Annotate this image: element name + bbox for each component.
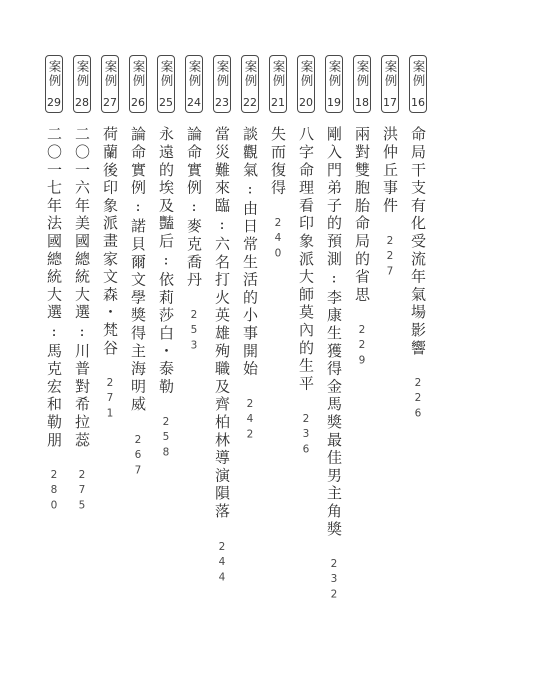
case-number: 28 <box>75 97 89 109</box>
toc-entry: 案例 21 失而復得240 <box>264 55 292 685</box>
entry-text: 論命實例:諾貝爾文學獎得主海明威267 <box>124 126 152 479</box>
entry-title: 命局干支有化受流年氣場影響 <box>409 126 427 357</box>
entry-title: 八字命理看印象派大師莫內的生平 <box>297 126 315 393</box>
entry-page-number: 232 <box>328 558 340 604</box>
case-number: 24 <box>187 97 201 109</box>
case-number: 21 <box>271 97 285 109</box>
toc-entry: 案例 26 論命實例:諾貝爾文學獎得主海明威267 <box>124 55 152 685</box>
case-label-box: 案例 28 <box>73 55 91 113</box>
case-number: 29 <box>47 97 61 109</box>
entry-title: 論命實例:諾貝爾文學獎得主海明威 <box>129 126 147 414</box>
entry-title: 洪仲丘事件 <box>381 126 399 215</box>
entry-text: 兩對雙胞胎命局的省思229 <box>348 126 376 370</box>
case-label-box: 案例 16 <box>409 55 427 113</box>
case-label-box: 案例 18 <box>353 55 371 113</box>
case-label-box: 案例 17 <box>381 55 399 113</box>
entry-title: 失而復得 <box>269 126 287 197</box>
entry-title: 剛入門弟子的預測:李康生獲得金馬獎最佳男主角獎 <box>325 126 343 538</box>
case-prefix-label: 案例 <box>327 60 341 88</box>
case-prefix-label: 案例 <box>159 60 173 88</box>
entry-text: 二〇一六年美國總統大選:川普對希拉蕊275 <box>68 126 96 515</box>
toc-entry: 案例 19 剛入門弟子的預測:李康生獲得金馬獎最佳男主角獎232 <box>320 55 348 685</box>
entry-title: 論命實例:麥克喬丹 <box>185 126 203 289</box>
toc-entry: 案例 25 永遠的埃及豔后:依莉莎白・泰勒258 <box>152 55 180 685</box>
entry-text: 命局干支有化受流年氣場影響226 <box>404 126 432 423</box>
entry-page-number: 258 <box>160 416 172 462</box>
entry-text: 論命實例:麥克喬丹253 <box>180 126 208 355</box>
case-number: 22 <box>243 97 257 109</box>
case-label-box: 案例 21 <box>269 55 287 113</box>
case-label-box: 案例 24 <box>185 55 203 113</box>
entry-title: 兩對雙胞胎命局的省思 <box>353 126 371 304</box>
case-prefix-label: 案例 <box>299 60 313 88</box>
entry-text: 當災難來臨:六名打火英雄殉職及齊柏林導演隕落244 <box>208 126 236 586</box>
entry-text: 談觀氣:由日常生活的小事開始242 <box>236 126 264 444</box>
entry-title: 二〇一七年法國總統大選:馬克宏和勒朋 <box>45 126 63 449</box>
case-prefix-label: 案例 <box>75 60 89 88</box>
entry-title: 當災難來臨:六名打火英雄殉職及齊柏林導演隕落 <box>213 126 231 521</box>
case-number: 20 <box>299 97 313 109</box>
case-number: 19 <box>327 97 341 109</box>
entry-text: 八字命理看印象派大師莫內的生平236 <box>292 126 320 459</box>
toc-entry: 案例 16 命局干支有化受流年氣場影響226 <box>404 55 432 685</box>
entry-page-number: 253 <box>188 309 200 355</box>
entry-page-number: 275 <box>76 469 88 515</box>
case-label-box: 案例 19 <box>325 55 343 113</box>
toc-entry: 案例 20 八字命理看印象派大師莫內的生平236 <box>292 55 320 685</box>
case-label-box: 案例 26 <box>129 55 147 113</box>
case-number: 16 <box>411 97 425 109</box>
case-label-box: 案例 20 <box>297 55 315 113</box>
entry-page-number: 242 <box>244 398 256 444</box>
entry-text: 永遠的埃及豔后:依莉莎白・泰勒258 <box>152 126 180 462</box>
entry-page-number: 271 <box>104 377 116 423</box>
case-number: 26 <box>131 97 145 109</box>
case-prefix-label: 案例 <box>215 60 229 88</box>
case-number: 23 <box>215 97 229 109</box>
table-of-contents: 案例 16 命局干支有化受流年氣場影響226 案例 17 洪仲丘事件227 案例… <box>40 55 432 685</box>
case-prefix-label: 案例 <box>243 60 257 88</box>
case-number: 18 <box>355 97 369 109</box>
entry-page-number: 240 <box>272 217 284 263</box>
toc-entry: 案例 22 談觀氣:由日常生活的小事開始242 <box>236 55 264 685</box>
case-label-box: 案例 25 <box>157 55 175 113</box>
case-prefix-label: 案例 <box>131 60 145 88</box>
entry-page-number: 267 <box>132 434 144 480</box>
case-prefix-label: 案例 <box>187 60 201 88</box>
entry-text: 二〇一七年法國總統大選:馬克宏和勒朋280 <box>40 126 68 515</box>
toc-entry: 案例 29 二〇一七年法國總統大選:馬克宏和勒朋280 <box>40 55 68 685</box>
entry-page-number: 236 <box>300 413 312 459</box>
entry-text: 荷蘭後印象派畫家文森・梵谷271 <box>96 126 124 423</box>
toc-entry: 案例 28 二〇一六年美國總統大選:川普對希拉蕊275 <box>68 55 96 685</box>
entry-text: 失而復得240 <box>264 126 292 263</box>
case-label-box: 案例 29 <box>45 55 63 113</box>
entry-page-number: 227 <box>384 235 396 281</box>
case-prefix-label: 案例 <box>47 60 61 88</box>
case-label-box: 案例 27 <box>101 55 119 113</box>
entry-title: 二〇一六年美國總統大選:川普對希拉蕊 <box>73 126 91 449</box>
case-label-box: 案例 22 <box>241 55 259 113</box>
toc-entry: 案例 17 洪仲丘事件227 <box>376 55 404 685</box>
entry-page-number: 244 <box>216 541 228 587</box>
case-number: 27 <box>103 97 117 109</box>
entry-text: 剛入門弟子的預測:李康生獲得金馬獎最佳男主角獎232 <box>320 126 348 604</box>
entry-page-number: 229 <box>356 324 368 370</box>
toc-entry: 案例 18 兩對雙胞胎命局的省思229 <box>348 55 376 685</box>
case-prefix-label: 案例 <box>355 60 369 88</box>
entry-page-number: 226 <box>412 377 424 423</box>
book-toc-page: 案例 16 命局干支有化受流年氣場影響226 案例 17 洪仲丘事件227 案例… <box>0 0 555 700</box>
case-prefix-label: 案例 <box>271 60 285 88</box>
entry-text: 洪仲丘事件227 <box>376 126 404 281</box>
toc-entry: 案例 24 論命實例:麥克喬丹253 <box>180 55 208 685</box>
case-prefix-label: 案例 <box>103 60 117 88</box>
case-prefix-label: 案例 <box>411 60 425 88</box>
entry-title: 談觀氣:由日常生活的小事開始 <box>241 126 259 378</box>
toc-entry: 案例 27 荷蘭後印象派畫家文森・梵谷271 <box>96 55 124 685</box>
entry-title: 永遠的埃及豔后:依莉莎白・泰勒 <box>157 126 175 396</box>
case-number: 25 <box>159 97 173 109</box>
case-number: 17 <box>383 97 397 109</box>
entry-title: 荷蘭後印象派畫家文森・梵谷 <box>101 126 119 357</box>
entry-page-number: 280 <box>48 469 60 515</box>
toc-entry: 案例 23 當災難來臨:六名打火英雄殉職及齊柏林導演隕落244 <box>208 55 236 685</box>
case-prefix-label: 案例 <box>383 60 397 88</box>
case-label-box: 案例 23 <box>213 55 231 113</box>
